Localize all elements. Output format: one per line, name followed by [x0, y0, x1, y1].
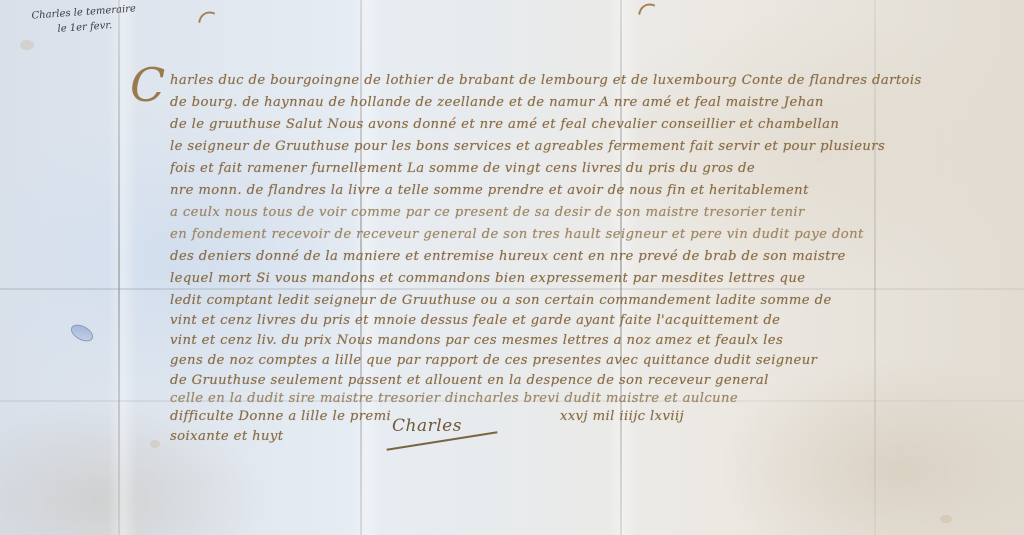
- seal-slit: [68, 321, 96, 345]
- text-line: des deniers donné de la maniere et entre…: [170, 248, 1000, 266]
- stain: [20, 40, 34, 50]
- text-line: lequel mort Si vous mandons et commandon…: [170, 270, 1000, 288]
- manuscript-charter: Charles le temeraire le 1er fevr. C harl…: [0, 0, 1024, 535]
- ascender-flourish: [191, 5, 239, 58]
- text-line: harles duc de bourgoingne de lothier de …: [170, 72, 1000, 90]
- date-line: xxvj mil iiijc lxviij: [560, 408, 980, 426]
- stain: [940, 515, 952, 523]
- text-line: soixante et huyt: [170, 428, 370, 446]
- text-line: vint et cenz livres du pris et mnoie des…: [170, 312, 1000, 330]
- text-line: celle en la dudit sire maistre tresorier…: [170, 390, 890, 408]
- text-line: de le gruuthuse Salut Nous avons donné e…: [170, 116, 1000, 134]
- text-line: en fondement recevoir de receveur genera…: [170, 226, 1000, 244]
- text-line: de bourg. de haynnau de hollande de zeel…: [170, 94, 990, 112]
- signature: Charles: [392, 416, 462, 436]
- text-line: ledit comptant ledit seigneur de Gruuthu…: [170, 292, 1000, 310]
- text-line: nre monn. de flandres la livre a telle s…: [170, 182, 1000, 200]
- fold-line-vertical: [118, 0, 120, 535]
- text-line: gens de noz comptes a lille que par rapp…: [170, 352, 1000, 370]
- ascender-flourish: [631, 0, 679, 51]
- text-line: le seigneur de Gruuthuse pour les bons s…: [170, 138, 1000, 156]
- text-line: a ceulx nous tous de voir comme par ce p…: [170, 204, 990, 222]
- text-line: difficulte Donne a lille le premier jour…: [170, 408, 390, 426]
- decorated-initial: C: [130, 62, 165, 108]
- fold-line-horizontal: [0, 288, 1024, 290]
- text-line: de Gruuthuse seulement passent et alloue…: [170, 372, 1000, 390]
- stain: [150, 440, 160, 448]
- text-line: vint et cenz liv. du prix Nous mandons p…: [170, 332, 1000, 350]
- text-line: fois et fait ramener furnellement La som…: [170, 160, 1000, 178]
